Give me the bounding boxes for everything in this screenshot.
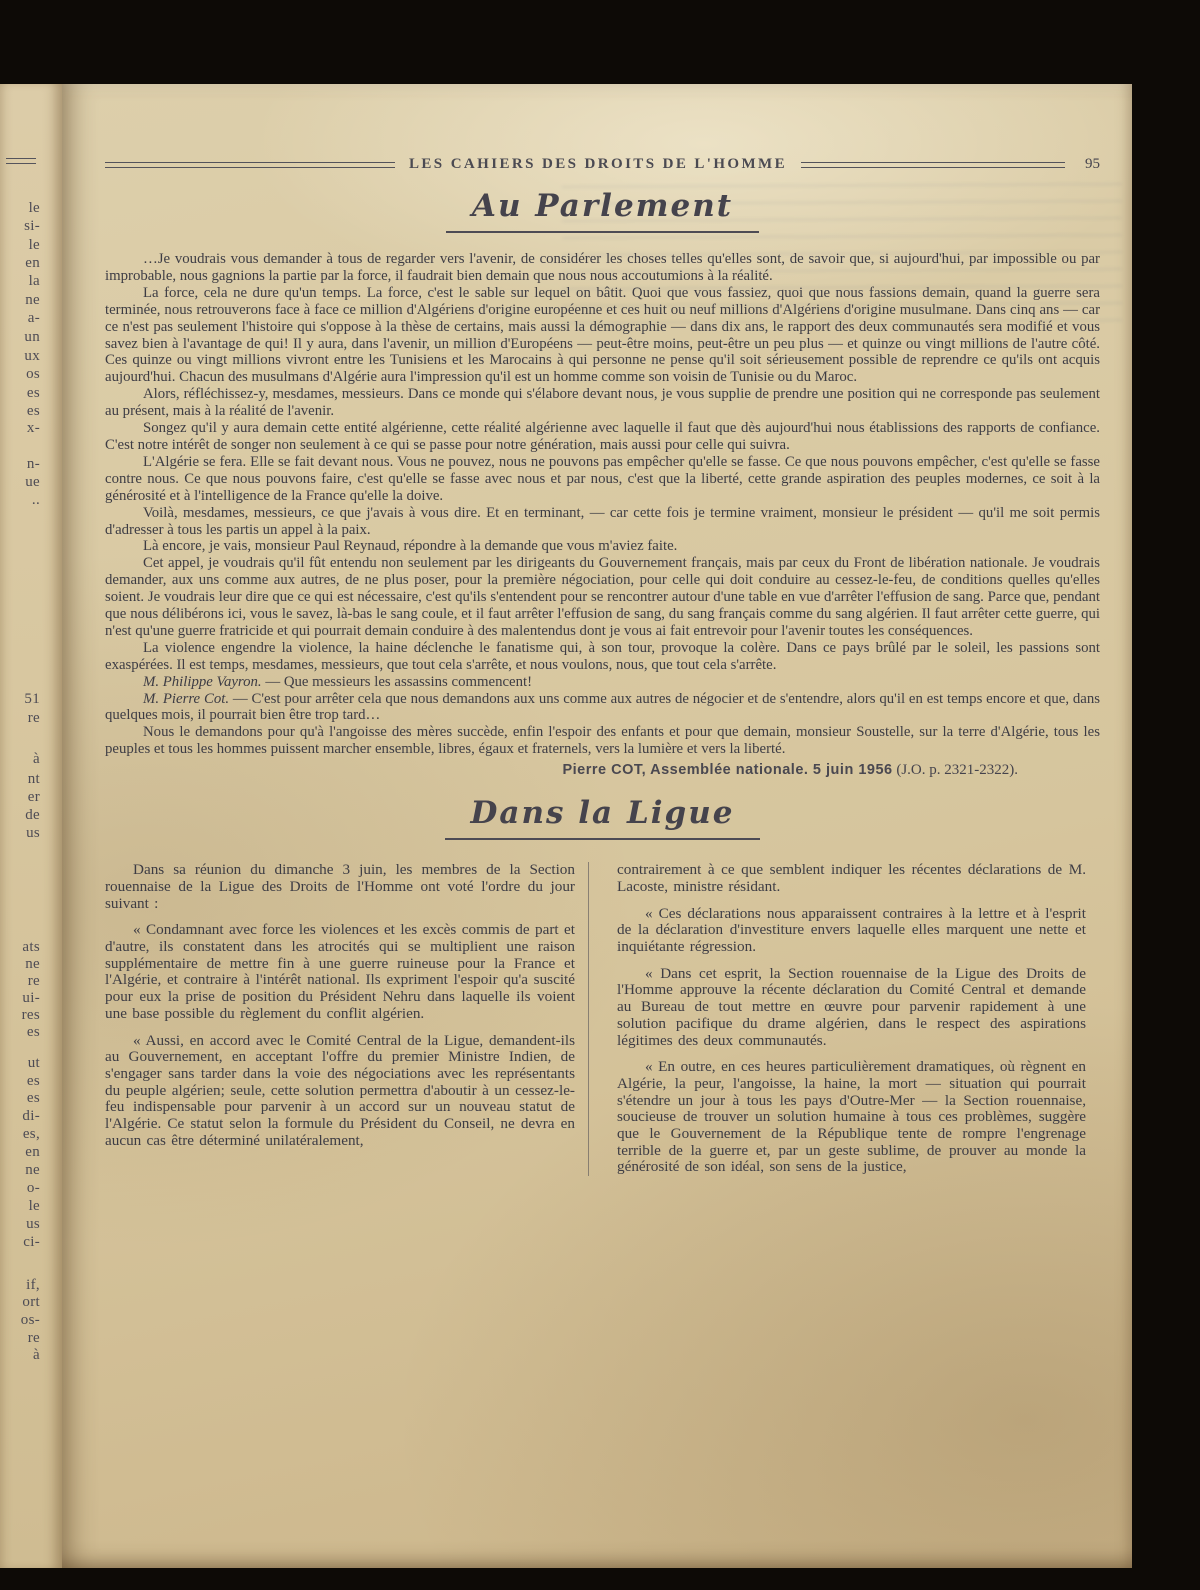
paragraph: Nous le demandons pour qu'à l'angoisse d… [105, 724, 1100, 758]
edge-text-fragment: ne [4, 293, 40, 308]
two-column-block: Dans sa réunion du dimanche 3 juin, les … [105, 862, 1100, 1176]
paragraph: « Condamnant avec force les violences et… [105, 922, 575, 1022]
edge-text-fragment: es [4, 404, 40, 419]
edge-text-fragment: ne [4, 1163, 40, 1178]
edge-text-fragment: la [4, 274, 40, 289]
edge-text-fragment: nt [4, 772, 40, 787]
edge-text-fragment: le [4, 201, 40, 216]
edge-text-fragment: es [4, 1091, 40, 1106]
paragraph: Songez qu'il y aura demain cette entité … [105, 420, 1100, 454]
paragraph: M. Philippe Vayron. — Que messieurs les … [105, 674, 1100, 691]
speaker-name: M. Philippe Vayron. [143, 674, 262, 690]
edge-text-fragment: ats [4, 940, 40, 955]
edge-text-fragment: ue [4, 475, 40, 490]
previous-page-edge: lesi-leenlanea-unuxosesesx-n-ue..51reànt… [0, 84, 62, 1568]
edge-text-fragment: à [4, 1348, 40, 1363]
column-left: Dans sa réunion du dimanche 3 juin, les … [105, 862, 575, 1176]
signature-author: Pierre COT, Assemblée nationale. 5 juin … [562, 762, 892, 778]
edge-text-fragment: a- [4, 311, 40, 326]
edge-text-fragment: .. [4, 493, 40, 508]
paragraph: Alors, réfléchissez-y, mesdames, messieu… [105, 386, 1100, 420]
edge-text-fragment: us [4, 826, 40, 841]
edge-text-fragment: re [4, 974, 40, 989]
paragraph: M. Pierre Cot. — C'est pour arrêter cela… [105, 691, 1100, 725]
edge-text-fragment: le [4, 238, 40, 253]
edge-text-fragment: us [4, 1217, 40, 1232]
paragraph: Voilà, mesdames, messieurs, ce que j'ava… [105, 505, 1100, 539]
edge-text-fragment: ne [4, 957, 40, 972]
paragraph: « Ces déclarations nous apparaissent con… [617, 906, 1086, 956]
signature-reference: (J.O. p. 2321-2322). [896, 762, 1018, 778]
edge-text-fragment: re [4, 1331, 40, 1346]
edge-text-fragment: un [4, 330, 40, 345]
edge-text-fragment: ui- [4, 991, 40, 1006]
edge-rule-fragment [6, 158, 36, 164]
header-rule-left [105, 162, 395, 168]
speaker-name: M. Pierre Cot. [143, 691, 229, 707]
edge-text-fragment: o- [4, 1181, 40, 1196]
paragraph: …Je voudrais vous demander à tous de reg… [105, 251, 1100, 285]
edge-text-fragment: es [4, 1074, 40, 1089]
paragraph: « Aussi, en accord avec le Comité Centra… [105, 1033, 575, 1150]
paragraph: « En outre, en ces heures particulièreme… [617, 1059, 1086, 1176]
edge-text-fragment: ort [4, 1295, 40, 1310]
edge-text-fragment: en [4, 256, 40, 271]
paragraph: Là encore, je vais, monsieur Paul Reynau… [105, 538, 1100, 555]
edge-text-fragment: à [4, 752, 40, 767]
edge-text-fragment: es, [4, 1127, 40, 1142]
paragraph: contrairement à ce que semblent indiquer… [617, 862, 1086, 895]
edge-text-fragment: er [4, 790, 40, 805]
paragraph: L'Algérie se fera. Elle se fait devant n… [105, 454, 1100, 505]
journal-title: LES CAHIERS DES DROITS DE L'HOMME [409, 156, 787, 173]
paragraph: Cet appel, je voudrais qu'il fût entendu… [105, 555, 1100, 640]
section-heading-dans-la-ligue: Dans la Ligue [105, 795, 1100, 840]
page-number: 95 [1085, 156, 1100, 173]
edge-text-fragment: n- [4, 457, 40, 472]
edge-text-fragment: si- [4, 219, 40, 234]
edge-text-fragment: le [4, 1199, 40, 1214]
edge-text-fragment: x- [4, 421, 40, 436]
running-header: LES CAHIERS DES DROITS DE L'HOMME 95 [105, 156, 1100, 173]
paragraph: Dans sa réunion du dimanche 3 juin, les … [105, 862, 575, 912]
edge-text-fragment: de [4, 808, 40, 823]
header-rule-right [801, 162, 1065, 168]
edge-text-fragment: es [4, 1025, 40, 1040]
edge-text-fragment: es [4, 386, 40, 401]
edge-text-fragment: re [4, 711, 40, 726]
edge-text-fragment: if, [4, 1278, 40, 1293]
paragraph: La force, cela ne dure qu'un temps. La f… [105, 285, 1100, 386]
section-heading-au-parlement: Au Parlement [105, 188, 1100, 233]
edge-text-fragment: os- [4, 1313, 40, 1328]
edge-text-fragment: res [4, 1008, 40, 1023]
edge-text-fragment: en [4, 1145, 40, 1160]
edge-text-fragment: ut [4, 1056, 40, 1071]
paragraph: « Dans cet esprit, la Section rouennaise… [617, 966, 1086, 1050]
paragraph: La violence engendre la violence, la hai… [105, 640, 1100, 674]
edge-text-fragment: ci- [4, 1235, 40, 1250]
scanned-page: LES CAHIERS DES DROITS DE L'HOMME 95 Au … [62, 84, 1132, 1568]
edge-text-fragment: di- [4, 1109, 40, 1124]
edge-text-fragment: os [4, 367, 40, 382]
parlement-body: …Je voudrais vous demander à tous de reg… [105, 251, 1100, 758]
page-content: Au Parlement …Je voudrais vous demander … [105, 188, 1100, 1176]
section-title: Dans la Ligue [445, 795, 761, 840]
signature-line: Pierre COT, Assemblée nationale. 5 juin … [105, 762, 1100, 779]
edge-text-fragment: 51 [4, 692, 40, 707]
edge-text-fragment: ux [4, 349, 40, 364]
section-title: Au Parlement [446, 188, 759, 233]
column-right: contrairement à ce que semblent indiquer… [588, 862, 1086, 1176]
